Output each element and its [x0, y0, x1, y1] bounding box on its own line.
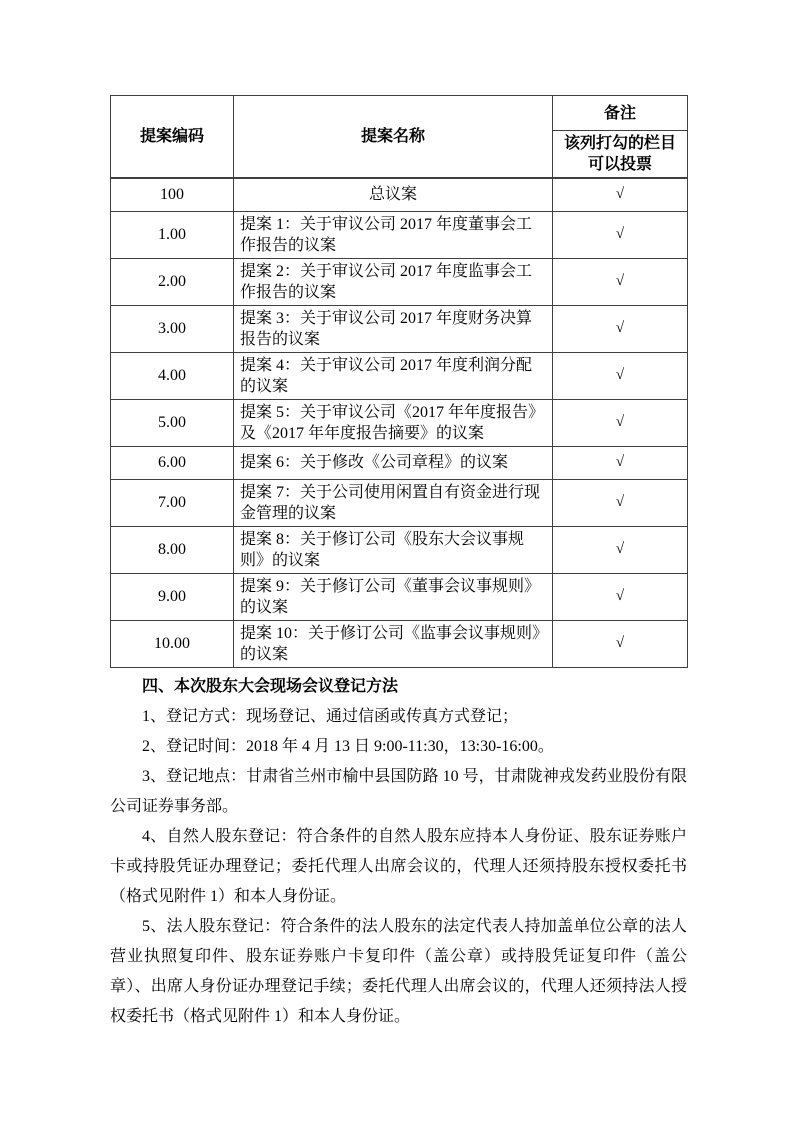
table-row: 100 总议案 √ [111, 178, 688, 211]
table-row: 10.00 提案 10：关于修订公司《监事会议事规则》的议案 √ [111, 620, 688, 667]
proposal-code: 4.00 [111, 352, 234, 399]
paragraph-registration-place: 3、登记地点：甘肃省兰州市榆中县国防路 10 号，甘肃陇神戎发药业股份有限公司证… [110, 762, 687, 822]
vote-checkmark: √ [553, 211, 688, 258]
table-row: 2.00 提案 2：关于审议公司 2017 年度监事会工作报告的议案 √ [111, 258, 688, 305]
vote-checkmark: √ [553, 352, 688, 399]
proposal-name: 提案 10：关于修订公司《监事会议事规则》的议案 [234, 620, 553, 667]
paragraph-registration-time: 2、登记时间：2018 年 4 月 13 日 9:00-11:30，13:30-… [110, 732, 687, 762]
header-note: 备注 [553, 96, 688, 131]
proposal-code: 5.00 [111, 399, 234, 446]
header-proposal-name: 提案名称 [234, 96, 553, 179]
proposal-code: 9.00 [111, 573, 234, 620]
proposal-table: 提案编码 提案名称 备注 该列打勾的栏目可以投票 100 总议案 √ 1.00 … [110, 95, 688, 668]
paragraph-registration-method: 1、登记方式：现场登记、通过信函或传真方式登记； [110, 702, 687, 732]
table-row: 7.00 提案 7：关于公司使用闲置自有资金进行现金管理的议案 √ [111, 479, 688, 526]
proposal-name: 提案 7：关于公司使用闲置自有资金进行现金管理的议案 [234, 479, 553, 526]
proposal-name: 提案 8：关于修订公司《股东大会议事规则》的议案 [234, 526, 553, 573]
proposal-code: 100 [111, 178, 234, 211]
vote-checkmark: √ [553, 305, 688, 352]
vote-checkmark: √ [553, 526, 688, 573]
vote-checkmark: √ [553, 573, 688, 620]
paragraph-corporate-shareholder: 5、法人股东登记：符合条件的法人股东的法定代表人持加盖单位公章的法人营业执照复印… [110, 912, 687, 1032]
table-row: 6.00 提案 6：关于修改《公司章程》的议案 √ [111, 446, 688, 479]
vote-checkmark: √ [553, 479, 688, 526]
section-heading: 四、本次股东大会现场会议登记方法 [110, 672, 687, 702]
proposal-name: 提案 4：关于审议公司 2017 年度利润分配的议案 [234, 352, 553, 399]
proposal-name: 提案 1：关于审议公司 2017 年度董事会工作报告的议案 [234, 211, 553, 258]
proposal-code: 8.00 [111, 526, 234, 573]
document-page: 提案编码 提案名称 备注 该列打勾的栏目可以投票 100 总议案 √ 1.00 … [0, 0, 793, 1032]
table-row: 1.00 提案 1：关于审议公司 2017 年度董事会工作报告的议案 √ [111, 211, 688, 258]
table-row: 5.00 提案 5：关于审议公司《2017 年年度报告》及《2017 年年度报告… [111, 399, 688, 446]
proposal-code: 3.00 [111, 305, 234, 352]
proposal-name: 提案 2：关于审议公司 2017 年度监事会工作报告的议案 [234, 258, 553, 305]
table-row: 4.00 提案 4：关于审议公司 2017 年度利润分配的议案 √ [111, 352, 688, 399]
vote-checkmark: √ [553, 399, 688, 446]
proposal-name: 提案 9：关于修订公司《董事会议事规则》的议案 [234, 573, 553, 620]
proposal-name: 总议案 [234, 178, 553, 211]
paragraph-individual-shareholder: 4、自然人股东登记：符合条件的自然人股东应持本人身份证、股东证券账户卡或持股凭证… [110, 822, 687, 912]
proposal-code: 2.00 [111, 258, 234, 305]
proposal-name: 提案 6：关于修改《公司章程》的议案 [234, 446, 553, 479]
proposal-name: 提案 3：关于审议公司 2017 年度财务决算报告的议案 [234, 305, 553, 352]
vote-checkmark: √ [553, 258, 688, 305]
proposal-code: 6.00 [111, 446, 234, 479]
registration-section: 四、本次股东大会现场会议登记方法 1、登记方式：现场登记、通过信函或传真方式登记… [110, 672, 687, 1032]
proposal-code: 1.00 [111, 211, 234, 258]
proposal-code: 10.00 [111, 620, 234, 667]
vote-checkmark: √ [553, 178, 688, 211]
vote-checkmark: √ [553, 620, 688, 667]
header-note-sub: 该列打勾的栏目可以投票 [553, 131, 688, 179]
table-row: 3.00 提案 3：关于审议公司 2017 年度财务决算报告的议案 √ [111, 305, 688, 352]
proposal-code: 7.00 [111, 479, 234, 526]
table-row: 8.00 提案 8：关于修订公司《股东大会议事规则》的议案 √ [111, 526, 688, 573]
table-row: 9.00 提案 9：关于修订公司《董事会议事规则》的议案 √ [111, 573, 688, 620]
header-proposal-code: 提案编码 [111, 96, 234, 179]
proposal-name: 提案 5：关于审议公司《2017 年年度报告》及《2017 年年度报告摘要》的议… [234, 399, 553, 446]
table-header-row: 提案编码 提案名称 备注 [111, 96, 688, 131]
vote-checkmark: √ [553, 446, 688, 479]
